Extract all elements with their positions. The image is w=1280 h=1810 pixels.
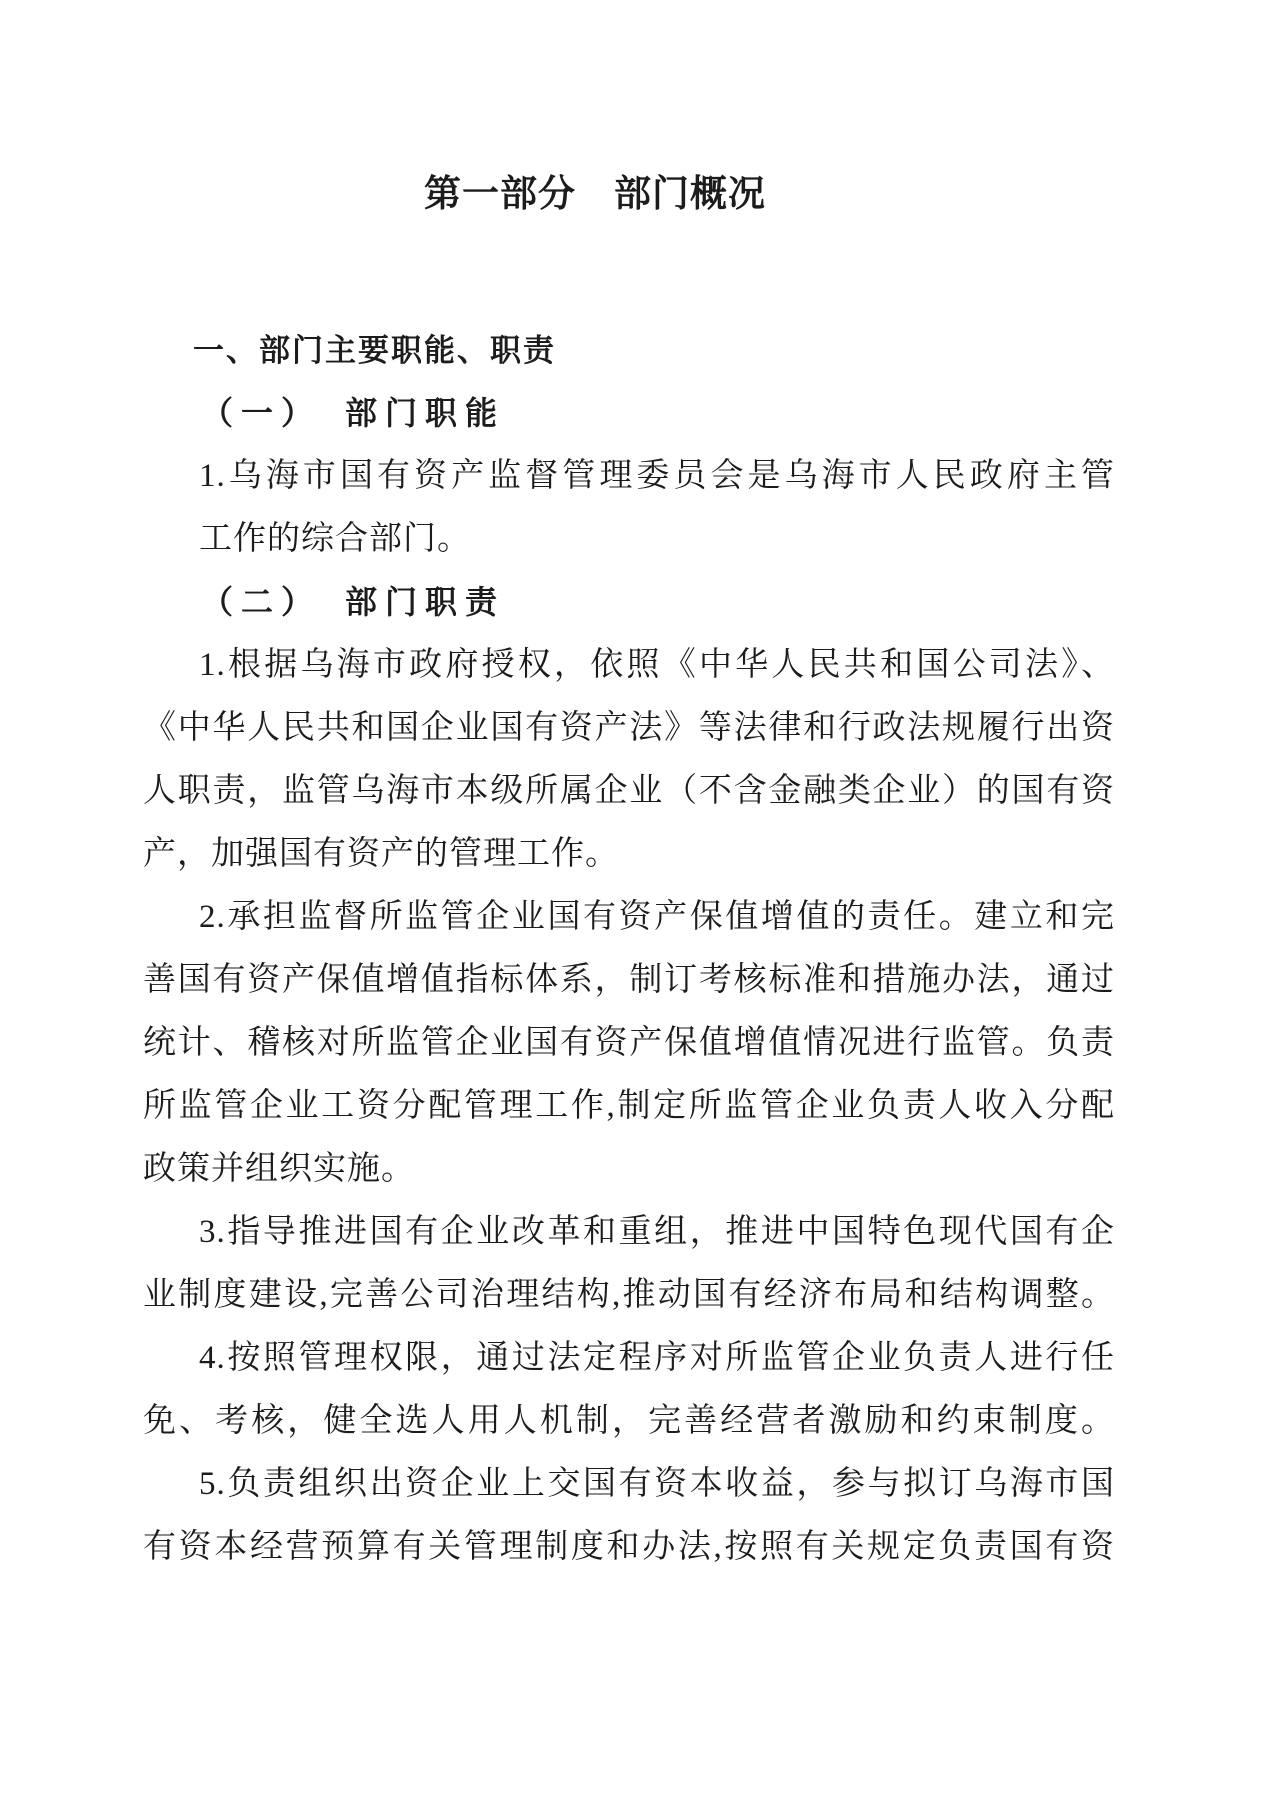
body-line: 政策并组织实施。 [143, 1138, 1115, 1201]
subsection-heading: （一） 部门职能 [143, 382, 1115, 445]
body-line: 统计、稽核对所监管企业国有资产保值增值情况进行监管。负责 [143, 1012, 1115, 1075]
subsection-heading: （二） 部门职责 [143, 571, 1115, 634]
body-line: 1.根据乌海市政府授权，依照《中华人民共和国公司法》、 [143, 634, 1115, 697]
body-line: 4.按照管理权限，通过法定程序对所监管企业负责人进行任 [143, 1327, 1115, 1390]
document-page: 第一部分 部门概况 一、部门主要职能、职责 （一） 部门职能1.乌海市国有资产监… [0, 0, 1280, 1810]
body-line: 人职责，监管乌海市本级所属企业（不含金融类企业）的国有资 [143, 760, 1115, 823]
body-line: 5.负责组织出资企业上交国有资本收益，参与拟订乌海市国 [143, 1453, 1115, 1516]
body-line: 业制度建设,完善公司治理结构,推动国有经济布局和结构调整。 [143, 1264, 1115, 1327]
body-line: 工作的综合部门。 [143, 508, 1115, 571]
body-line: 3.指导推进国有企业改革和重组，推进中国特色现代国有企 [143, 1201, 1115, 1264]
body-line: 免、考核，健全选人用人机制，完善经营者激励和约束制度。 [143, 1390, 1115, 1453]
body-line: 有资本经营预算有关管理制度和办法,按照有关规定负责国有资 [143, 1516, 1115, 1579]
document-title: 第一部分 部门概况 [109, 165, 1081, 225]
body-line: 1.乌海市国有资产监督管理委员会是乌海市人民政府主管 [143, 445, 1115, 508]
body-line: 所监管企业工资分配管理工作,制定所监管企业负责人收入分配 [143, 1075, 1115, 1138]
body-line: 2.承担监督所监管企业国有资产保值增值的责任。建立和完 [143, 886, 1115, 949]
document-content: 第一部分 部门概况 一、部门主要职能、职责 （一） 部门职能1.乌海市国有资产监… [143, 0, 1115, 1579]
body-line: 《中华人民共和国企业国有资产法》等法律和行政法规履行出资 [143, 697, 1115, 760]
section-heading: 一、部门主要职能、职责 [143, 319, 1115, 382]
document-body: （一） 部门职能1.乌海市国有资产监督管理委员会是乌海市人民政府主管工作的综合部… [143, 382, 1115, 1579]
body-line: 产，加强国有资产的管理工作。 [143, 823, 1115, 886]
body-line: 善国有资产保值增值指标体系，制订考核标准和措施办法，通过 [143, 949, 1115, 1012]
